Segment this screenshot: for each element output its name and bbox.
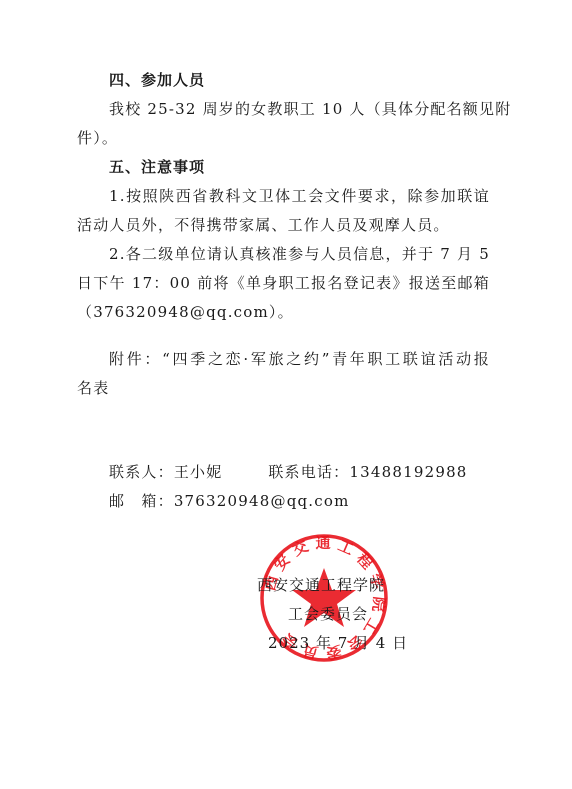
attachment-line1: 附件：“四季之恋·军旅之约”青年职工联谊活动报 [109,349,490,369]
note-item-1-line1: 1.按照陕西省教科文卫体工会文件要求，除参加联谊 [109,186,490,206]
signature-date: 2023 年 7 月 4 日 [268,633,408,653]
note-item-2-line2: 日下午 17：00 前将《单身职工报名登记表》报送至邮箱 [77,273,490,293]
contact-email-row: 邮 箱：376320948@qq.com [109,491,350,511]
section-heading-participants: 四、参加人员 [109,70,205,90]
participants-paragraph-line1: 我校 25-32 周岁的女教职工 10 人（具体分配名额见附 [109,99,490,119]
note-item-2-line1: 2.各二级单位请认真核准参与人员信息，并于 7 月 5 [109,244,490,264]
signature-org-line1: 西安交通工程学院 [257,575,385,595]
contact-email-label: 邮 箱： [109,492,174,510]
contact-email: 376320948@qq.com [174,492,350,510]
contact-person-row: 联系人：王小妮 联系电话：13488192988 [109,462,468,482]
note-item-2-line3: （376320948@qq.com）。 [77,302,294,322]
contact-phone: 13488192988 [349,463,467,481]
participants-paragraph-line2: 件）。 [77,128,118,148]
note-item-1-line2: 活动人员外，不得携带家属、工作人员及观摩人员。 [77,215,450,235]
contact-person-name: 王小妮 [174,463,223,481]
attachment-line2: 名表 [77,378,109,398]
section-heading-notes: 五、注意事项 [109,157,205,177]
contact-person-label: 联系人： [109,463,174,481]
contact-phone-label: 联系电话： [268,463,349,481]
signature-org-line2: 工会委员会 [288,604,368,624]
